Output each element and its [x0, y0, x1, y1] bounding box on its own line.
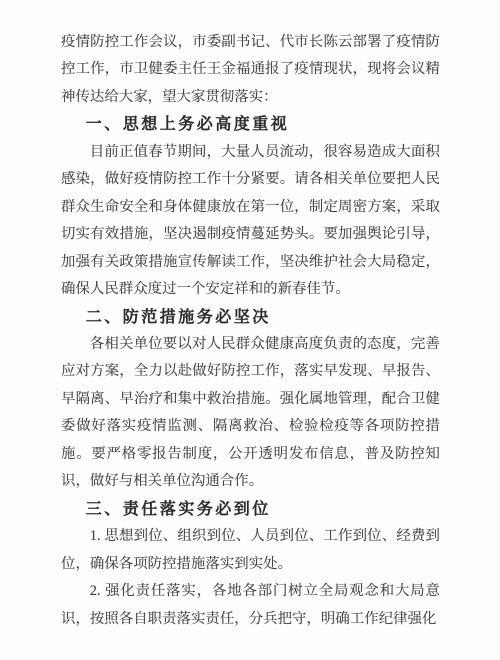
paragraph-numbered-item-1: 1. 思想到位、组织到位、人员到位、工作到位、经费到位，确保各项防控措施落实到实… — [61, 523, 440, 578]
section-heading-3: 三、责任落实务必到位 — [61, 496, 440, 523]
paragraph-section-2-body: 各相关单位要以对人民群众健康高度负责的态度，完善应对方案，全力以赴做好防控工作，… — [61, 331, 440, 496]
paragraph-numbered-item-2: 2. 强化责任落实，各地各部门树立全局观念和大局意识，按照各自职责落实责任，分兵… — [61, 578, 440, 633]
scanned-document-page: 疫情防控工作会议，市委副书记、代市长陈云部署了疫情防控工作，市卫健委主任王金福通… — [0, 0, 500, 660]
paragraph-section-1-body: 目前正值春节期间，大量人员流动，很容易造成大面积感染，做好疫情防控工作十分紧要。… — [61, 139, 440, 304]
section-heading-1: 一、思想上务必高度重视 — [61, 111, 440, 138]
section-heading-2: 二、防范措施务必坚决 — [61, 304, 440, 331]
paragraph-intro-continuation: 疫情防控工作会议，市委副书记、代市长陈云部署了疫情防控工作，市卫健委主任王金福通… — [61, 29, 440, 111]
document-text-block: 疫情防控工作会议，市委副书记、代市长陈云部署了疫情防控工作，市卫健委主任王金福通… — [61, 29, 440, 633]
